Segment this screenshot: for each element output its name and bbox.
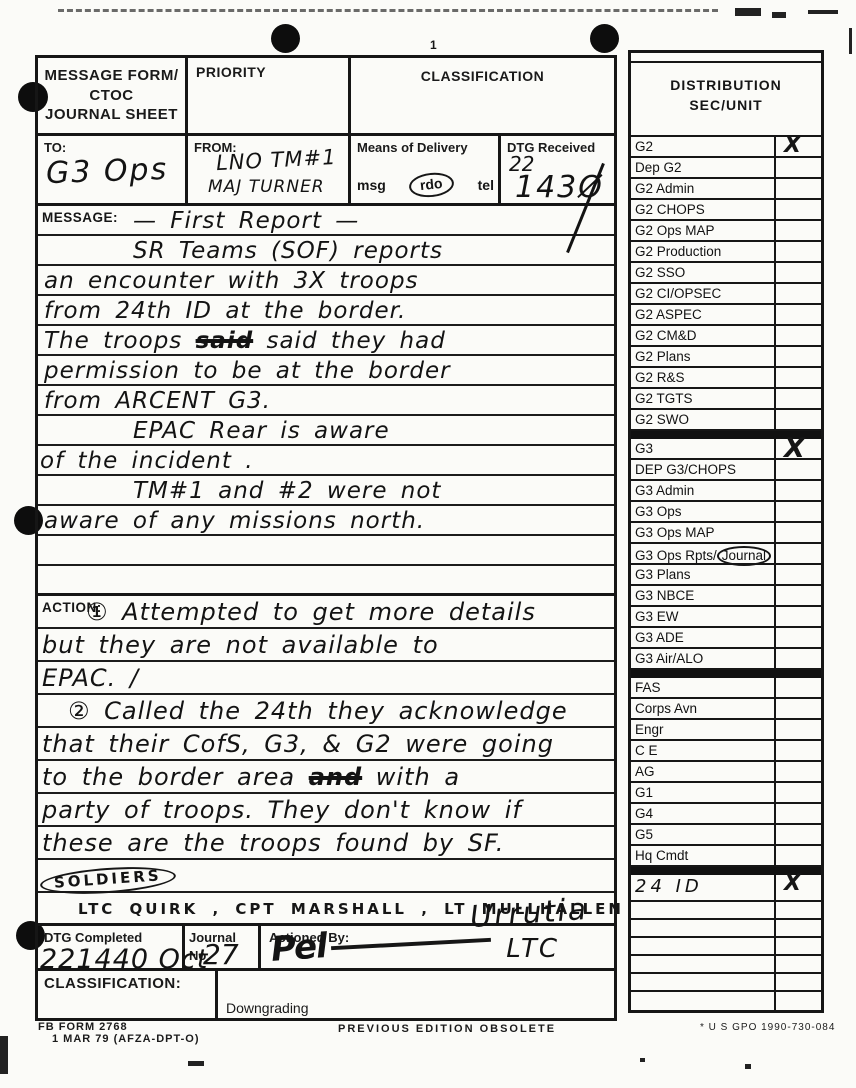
scan-speck (849, 28, 852, 54)
distribution-unit-label: FAS (631, 678, 774, 697)
scan-speck (188, 1061, 204, 1066)
handwritten-text: from ARCENT G3. (44, 388, 271, 414)
handwritten-text: party of troops. They don't know if (42, 796, 522, 824)
distribution-check-cell (774, 956, 821, 972)
to-value-handwriting: G3 Ops (45, 152, 168, 191)
dtg-received-cell: DTG Received 22 143Ø (501, 136, 614, 203)
distribution-unit-label: G1 (631, 783, 774, 802)
scan-noise-line (58, 9, 718, 12)
handwritten-x-mark: X (784, 133, 801, 158)
distribution-check-cell (774, 992, 821, 1010)
distribution-row: G3 Ops (631, 502, 821, 523)
handwritten-text: to the border area and with a (42, 763, 460, 791)
distribution-check-cell (774, 481, 821, 500)
delivery-option-rdo-circled: rdo (408, 171, 455, 200)
distribution-row (631, 938, 821, 956)
ruled-line: TM#1 and #2 were not (38, 476, 614, 506)
ruled-line: aware of any missions north. (38, 506, 614, 536)
distribution-row (631, 902, 821, 920)
downgrading-cell: Downgrading (218, 971, 614, 1018)
struck-out-word: and (309, 763, 362, 791)
distribution-row: G3 Ops MAP (631, 523, 821, 544)
classification-label: CLASSIFICATION (421, 68, 544, 84)
distribution-title: DISTRIBUTION SEC/UNIT (631, 63, 821, 137)
distribution-unit-label: G3 Air/ALO (631, 649, 774, 668)
circled-journal-word: Journal (717, 546, 771, 566)
ruled-line: EPAC. / (38, 662, 614, 695)
distribution-check-cell (774, 305, 821, 324)
ruled-line: of the incident . (38, 446, 614, 476)
distribution-unit-label: G3 ADE (631, 628, 774, 647)
ruled-line: permission to be at the border (38, 356, 614, 386)
distribution-check-cell (774, 678, 821, 697)
handwritten-text: that their CofS, G3, & G2 were going (42, 730, 554, 758)
ruled-line: EPAC Rear is aware (38, 416, 614, 446)
gpo-note: * U S GPO 1990-730-084 (700, 1022, 835, 1033)
distribution-unit-label: G2 Ops MAP (631, 221, 774, 240)
form-title-cell: MESSAGE FORM/ CTOC JOURNAL SHEET (38, 58, 188, 133)
signature-stroke (331, 938, 491, 950)
distribution-unit-label: G3 Ops Rpts/Journal (631, 544, 774, 563)
handwritten-text: SOLDIERS (40, 862, 176, 890)
distribution-row: G2 SSO (631, 263, 821, 284)
ruled-line: ① Attempted to get more details (38, 596, 614, 629)
form-header-row: MESSAGE FORM/ CTOC JOURNAL SHEET PRIORIT… (38, 58, 614, 136)
distribution-unit-label: G2 ASPEC (631, 305, 774, 324)
distribution-check-cell (774, 720, 821, 739)
distribution-unit-label: AG (631, 762, 774, 781)
scan-speck (640, 1058, 645, 1062)
distribution-unit-label: G3 (631, 439, 774, 458)
distribution-check-cell (774, 607, 821, 626)
distribution-unit-label (631, 902, 774, 918)
distribution-unit-label: G2 CHOPS (631, 200, 774, 219)
distribution-row: G2 R&S (631, 368, 821, 389)
distribution-unit-label: C E (631, 741, 774, 760)
message-form: MESSAGE FORM/ CTOC JOURNAL SHEET PRIORIT… (35, 55, 617, 1021)
actioned-by-cell: Actioned By: Pel LTC (261, 926, 614, 968)
means-of-delivery-cell: Means of Delivery msg rdo tel (351, 136, 501, 203)
ruled-line: party of troops. They don't know if (38, 794, 614, 827)
distribution-row: Engr (631, 720, 821, 741)
classification-footer-cell: CLASSIFICATION: (38, 971, 218, 1018)
ruled-line: SOLDIERS (38, 860, 614, 893)
to-cell: TO: G3 Ops (38, 136, 188, 203)
page-mark: 1 (430, 38, 437, 52)
distribution-check-cell (774, 699, 821, 718)
classification-cell: CLASSIFICATION (351, 58, 614, 133)
distribution-unit-label: Corps Avn (631, 699, 774, 718)
distribution-table: DISTRIBUTION SEC/UNIT G2XDep G2G2 AdminG… (628, 50, 824, 1013)
actioned-by-rank: LTC (506, 934, 559, 964)
distribution-check-cell (774, 938, 821, 954)
distribution-row: G3 ADE (631, 628, 821, 649)
handwritten-text: EPAC. / (42, 664, 139, 692)
ruled-line: ② Called the 24th they acknowledge (38, 695, 614, 728)
distribution-check-cell (774, 544, 821, 563)
distribution-unit-label (631, 920, 774, 936)
message-lines: — First Report —SR Teams (SOF) reportsan… (38, 206, 614, 596)
distribution-check-cell: X (774, 875, 821, 900)
dtg-completed-cell: DTG Completed 221440 Oct (38, 926, 185, 968)
ruled-line: to the border area and with a (38, 761, 614, 794)
actioned-by-signature: Pel (270, 926, 328, 970)
distribution-row: G3 Ops Rpts/Journal (631, 544, 821, 565)
distribution-check-cell (774, 846, 821, 865)
means-of-delivery-label: Means of Delivery (357, 140, 468, 155)
ruled-line: that their CofS, G3, & G2 were going (38, 728, 614, 761)
handwritten-text: EPAC Rear is aware (133, 418, 390, 444)
distribution-top-sliver (631, 53, 821, 63)
handwritten-text: ① Attempted to get more details (86, 598, 536, 626)
distribution-check-cell (774, 762, 821, 781)
distribution-row: FAS (631, 678, 821, 699)
distribution-unit-label (631, 974, 774, 990)
distribution-unit-label: G2 Production (631, 242, 774, 261)
distribution-row: G3 Air/ALO (631, 649, 821, 670)
ruled-line: an encounter with 3X troops (38, 266, 614, 296)
distribution-row: Dep G2 (631, 158, 821, 179)
ruled-line: SR Teams (SOF) reports (38, 236, 614, 266)
distribution-row: G2 Ops MAP (631, 221, 821, 242)
distribution-unit-label: G3 NBCE (631, 586, 774, 605)
dtg-completed-label: DTG Completed (44, 930, 142, 945)
handwritten-text: from 24th ID at the border. (44, 298, 406, 324)
completion-row: DTG Completed 221440 Oct Journal No 27 A… (38, 926, 614, 971)
distribution-check-cell (774, 649, 821, 668)
distribution-check-cell (774, 825, 821, 844)
dtg-completed-value: 221440 Oct (40, 944, 208, 975)
classification-footer-label: CLASSIFICATION: (44, 975, 181, 992)
distribution-unit-label (631, 938, 774, 954)
dtg-received-time: 143Ø (515, 170, 604, 205)
distribution-check-cell (774, 565, 821, 584)
delivery-options: msg rdo tel (357, 173, 494, 197)
distribution-unit-label: DEP G3/CHOPS (631, 460, 774, 479)
distribution-check-cell (774, 523, 821, 542)
distribution-check-cell (774, 804, 821, 823)
distribution-unit-label: 24 ID (631, 875, 774, 900)
ruled-line: but they are not available to (38, 629, 614, 662)
handwritten-text: permission to be at the border (44, 358, 451, 384)
distribution-unit-label: G2 CM&D (631, 326, 774, 345)
form-title: MESSAGE FORM/ CTOC JOURNAL SHEET (44, 66, 178, 125)
distribution-row (631, 992, 821, 1010)
distribution-row: G2 Admin (631, 179, 821, 200)
distribution-check-cell (774, 460, 821, 479)
distribution-row: G3X (631, 439, 821, 460)
distribution-unit-label: G2 SSO (631, 263, 774, 282)
distribution-row: G2 CHOPS (631, 200, 821, 221)
action-label: ACTION: (42, 600, 102, 615)
downgrading-label: Downgrading (226, 1000, 309, 1016)
distribution-row: DEP G3/CHOPS (631, 460, 821, 481)
distribution-check-cell (774, 783, 821, 802)
distribution-check-cell (774, 179, 821, 198)
distribution-unit-label: G2 R&S (631, 368, 774, 387)
delivery-option-tel: tel (478, 177, 494, 193)
distribution-row: G2 CI/OPSEC (631, 284, 821, 305)
distribution-row: G1 (631, 783, 821, 804)
distribution-check-cell (774, 242, 821, 261)
journal-no-value: 27 (203, 938, 239, 971)
distribution-check-cell (774, 326, 821, 345)
distribution-row: 24 IDX (631, 875, 821, 902)
distribution-check-cell (774, 920, 821, 936)
distribution-unit-label: G4 (631, 804, 774, 823)
distribution-check-cell (774, 284, 821, 303)
from-value-line1: LNO TM#1 (215, 145, 337, 175)
priority-label: PRIORITY (196, 64, 266, 80)
distribution-unit-label: Hq Cmdt (631, 846, 774, 865)
hole-punch (590, 24, 619, 53)
distribution-rows: G2XDep G2G2 AdminG2 CHOPSG2 Ops MAPG2 Pr… (631, 137, 821, 1010)
handwritten-text: — First Report — (133, 208, 359, 234)
distribution-row: AG (631, 762, 821, 783)
message-section: MESSAGE: — First Report —SR Teams (SOF) … (38, 206, 614, 596)
routing-row: TO: G3 Ops FROM: LNO TM#1 MAJ TURNER Mea… (38, 136, 614, 206)
distribution-check-cell (774, 389, 821, 408)
distribution-check-cell (774, 368, 821, 387)
form-number: FB FORM 2768 (38, 1021, 128, 1033)
distribution-row: C E (631, 741, 821, 762)
ruled-line (38, 536, 614, 566)
distribution-check-cell (774, 741, 821, 760)
struck-out-word: said (196, 328, 254, 354)
distribution-check-cell (774, 628, 821, 647)
distribution-row: G2X (631, 137, 821, 158)
handwritten-text: The troops said said they had (44, 328, 446, 354)
distribution-unit-label: G3 EW (631, 607, 774, 626)
handwritten-text: of the incident . (40, 448, 254, 474)
distribution-row: Corps Avn (631, 699, 821, 720)
distribution-row: G3 Plans (631, 565, 821, 586)
from-cell: FROM: LNO TM#1 MAJ TURNER (188, 136, 351, 203)
distribution-unit-label (631, 992, 774, 1010)
to-label: TO: (44, 140, 66, 155)
message-label: MESSAGE: (42, 210, 118, 225)
from-value-line2: MAJ TURNER (208, 177, 325, 197)
distribution-row (631, 956, 821, 974)
scan-speck (772, 12, 786, 18)
scan-speck (808, 10, 838, 14)
distribution-unit-label (631, 956, 774, 972)
handwritten-text: but they are not available to (42, 631, 439, 659)
distribution-row: G2 CM&D (631, 326, 821, 347)
form-date: 1 MAR 79 (AFZA-DPT-O) (52, 1033, 200, 1045)
distribution-unit-label: Dep G2 (631, 158, 774, 177)
distribution-check-cell: X (774, 439, 821, 458)
distribution-check-cell (774, 221, 821, 240)
distribution-row: G2 ASPEC (631, 305, 821, 326)
distribution-row: G2 Plans (631, 347, 821, 368)
distribution-row (631, 974, 821, 992)
distribution-row: G3 NBCE (631, 586, 821, 607)
previous-edition-obsolete: PREVIOUS EDITION OBSOLETE (338, 1023, 556, 1035)
distribution-row: G2 TGTS (631, 389, 821, 410)
distribution-row: Hq Cmdt (631, 846, 821, 867)
distribution-unit-label: G2 TGTS (631, 389, 774, 408)
handwritten-text: TM#1 and #2 were not (133, 478, 441, 504)
action-lines: ① Attempted to get more detailsbut they … (38, 596, 614, 926)
distribution-check-cell (774, 158, 821, 177)
distribution-check-cell (774, 410, 821, 429)
distribution-row: G3 Admin (631, 481, 821, 502)
distribution-check-cell (774, 586, 821, 605)
distribution-unit-label: G3 Plans (631, 565, 774, 584)
ruled-line: — First Report — (38, 206, 614, 236)
distribution-check-cell: X (774, 137, 821, 156)
distribution-check-cell (774, 347, 821, 366)
distribution-unit-label: G3 Ops (631, 502, 774, 521)
action-section: ACTION: ① Attempted to get more detailsb… (38, 596, 614, 926)
scan-speck (745, 1064, 751, 1069)
distribution-unit-label: G2 CI/OPSEC (631, 284, 774, 303)
distribution-unit-label: G3 Ops MAP (631, 523, 774, 542)
section-divider (631, 670, 821, 678)
scan-speck (0, 1036, 8, 1074)
distribution-unit-label: G3 Admin (631, 481, 774, 500)
distribution-row (631, 920, 821, 938)
distribution-unit-label: G2 (631, 137, 774, 156)
ruled-line: from ARCENT G3. (38, 386, 614, 416)
distribution-unit-label: G5 (631, 825, 774, 844)
distribution-row: G4 (631, 804, 821, 825)
distribution-check-cell (774, 200, 821, 219)
ruled-line (38, 566, 614, 596)
ruled-line: these are the troops found by SF. (38, 827, 614, 860)
handwritten-text: aware of any missions north. (44, 508, 425, 534)
handwritten-text: ② Called the 24th they acknowledge (68, 697, 568, 725)
handwritten-text: an encounter with 3X troops (44, 268, 419, 294)
distribution-check-cell (774, 502, 821, 521)
distribution-unit-label: G2 SWO (631, 410, 774, 429)
distribution-row: G3 EW (631, 607, 821, 628)
distribution-unit-label: G2 Admin (631, 179, 774, 198)
priority-cell: PRIORITY (188, 58, 351, 133)
distribution-row: G2 SWO (631, 410, 821, 431)
distribution-unit-label: G2 Plans (631, 347, 774, 366)
handwritten-x-mark: X (784, 871, 801, 896)
distribution-check-cell (774, 263, 821, 282)
handwritten-text: these are the troops found by SF. (42, 829, 504, 857)
distribution-check-cell (774, 974, 821, 990)
distribution-row: G5 (631, 825, 821, 846)
distribution-row: G2 Production (631, 242, 821, 263)
hole-punch (271, 24, 300, 53)
distribution-unit-label: Engr (631, 720, 774, 739)
ruled-line: from 24th ID at the border. (38, 296, 614, 326)
distribution-check-cell (774, 902, 821, 918)
delivery-option-msg: msg (357, 177, 386, 193)
scan-speck (735, 8, 761, 16)
handwritten-text: SR Teams (SOF) reports (133, 238, 443, 264)
ruled-line: The troops said said they had (38, 326, 614, 356)
classification-footer-row: CLASSIFICATION: Downgrading (38, 971, 614, 1018)
scanned-journal-sheet: 1 MESSAGE FORM/ CTOC JOURNAL SHEET PRIOR… (0, 0, 856, 1088)
